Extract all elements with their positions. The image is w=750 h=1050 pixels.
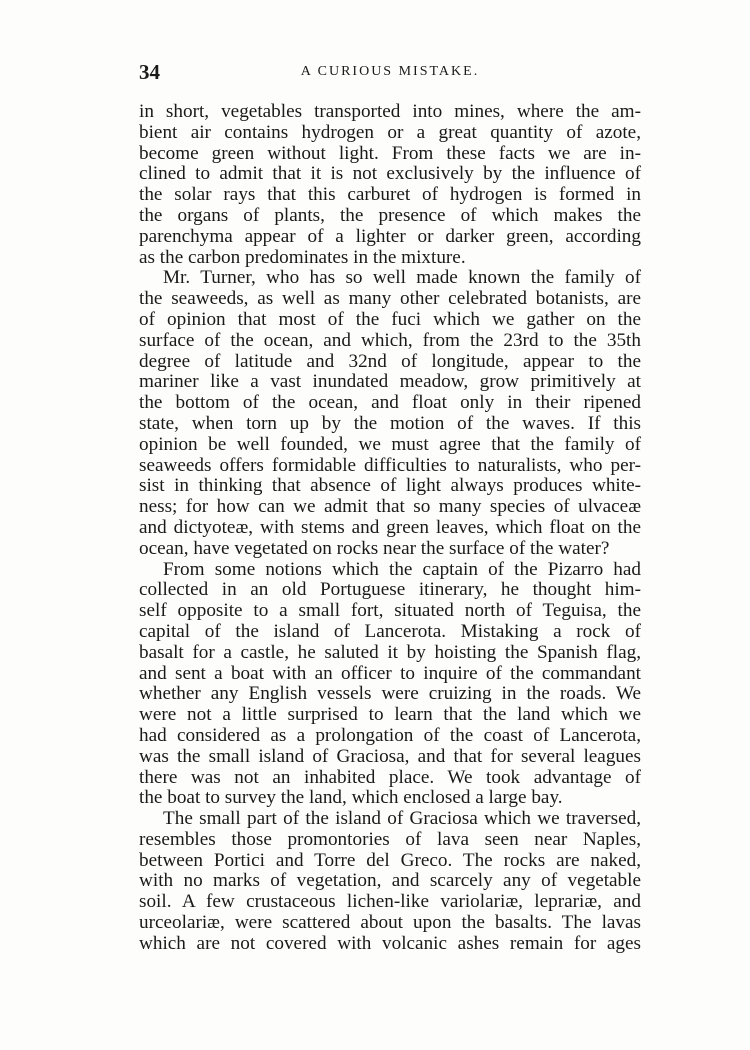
text-line: basalt for a castle, he saluted it by ho… (139, 643, 641, 664)
text-line: as the carbon predominates in the mixtur… (139, 248, 641, 269)
text-line: Mr. Turner, who has so well made known t… (139, 268, 641, 289)
text-line: there was not an inhabited place. We too… (139, 768, 641, 789)
text-line: degree of latitude and 32nd of longitude… (139, 352, 641, 373)
text-line: From some notions which the captain of t… (139, 560, 641, 581)
text-line: self opposite to a small fort, situated … (139, 601, 641, 622)
text-line: sist in thinking that absence of light a… (139, 476, 641, 497)
book-page: 34 A CURIOUS MISTAKE. in short, vegetabl… (139, 60, 641, 955)
text-line: and sent a boat with an officer to inqui… (139, 664, 641, 685)
text-line: ness; for how can we admit that so many … (139, 497, 641, 518)
text-line: and dictyoteæ, with stems and green leav… (139, 518, 641, 539)
text-line: the organs of plants, the presence of wh… (139, 206, 641, 227)
text-line: seaweeds offers formidable difficulties … (139, 456, 641, 477)
text-line: ocean, have vegetated on rocks near the … (139, 539, 641, 560)
text-line: between Portici and Torre del Greco. The… (139, 851, 641, 872)
text-line: bient air contains hydrogen or a great q… (139, 123, 641, 144)
text-line: the seaweeds, as well as many other cele… (139, 289, 641, 310)
text-line: opinion be well founded, we must agree t… (139, 435, 641, 456)
text-line: whether any English vessels were cruizin… (139, 684, 641, 705)
text-line: which are not covered with volcanic ashe… (139, 934, 641, 955)
text-line: with no marks of vegetation, and scarcel… (139, 871, 641, 892)
text-line: clined to admit that it is not exclusive… (139, 164, 641, 185)
paragraph: From some notions which the captain of t… (139, 560, 641, 810)
text-line: capital of the island of Lancerota. Mist… (139, 622, 641, 643)
text-line: soil. A few crustaceous lichen-like vari… (139, 892, 641, 913)
paragraph: in short, vegetables transported into mi… (139, 102, 641, 268)
text-line: were not a little surprised to learn tha… (139, 705, 641, 726)
text-line: become green without light. From these f… (139, 144, 641, 165)
text-line: was the small island of Graciosa, and th… (139, 747, 641, 768)
paragraph: The small part of the island of Graciosa… (139, 809, 641, 955)
text-line: state, when torn up by the motion of the… (139, 414, 641, 435)
running-head: A CURIOUS MISTAKE. (139, 64, 641, 80)
text-line: the bottom of the ocean, and float only … (139, 393, 641, 414)
text-line: surface of the ocean, and which, from th… (139, 331, 641, 352)
page-header: 34 A CURIOUS MISTAKE. (139, 60, 641, 88)
text-line: in short, vegetables transported into mi… (139, 102, 641, 123)
text-line: of opinion that most of the fuci which w… (139, 310, 641, 331)
text-line: collected in an old Portuguese itinerary… (139, 580, 641, 601)
text-line: had considered as a prolongation of the … (139, 726, 641, 747)
text-line: resembles those promontories of lava see… (139, 830, 641, 851)
text-line: the solar rays that this carburet of hyd… (139, 185, 641, 206)
body-text: in short, vegetables transported into mi… (139, 102, 641, 955)
text-line: urceolariæ, were scattered about upon th… (139, 913, 641, 934)
text-line: parenchyma appear of a lighter or darker… (139, 227, 641, 248)
text-line: mariner like a vast inundated meadow, gr… (139, 372, 641, 393)
paragraph: Mr. Turner, who has so well made known t… (139, 268, 641, 559)
text-line: the boat to survey the land, which enclo… (139, 788, 641, 809)
text-line: The small part of the island of Graciosa… (139, 809, 641, 830)
